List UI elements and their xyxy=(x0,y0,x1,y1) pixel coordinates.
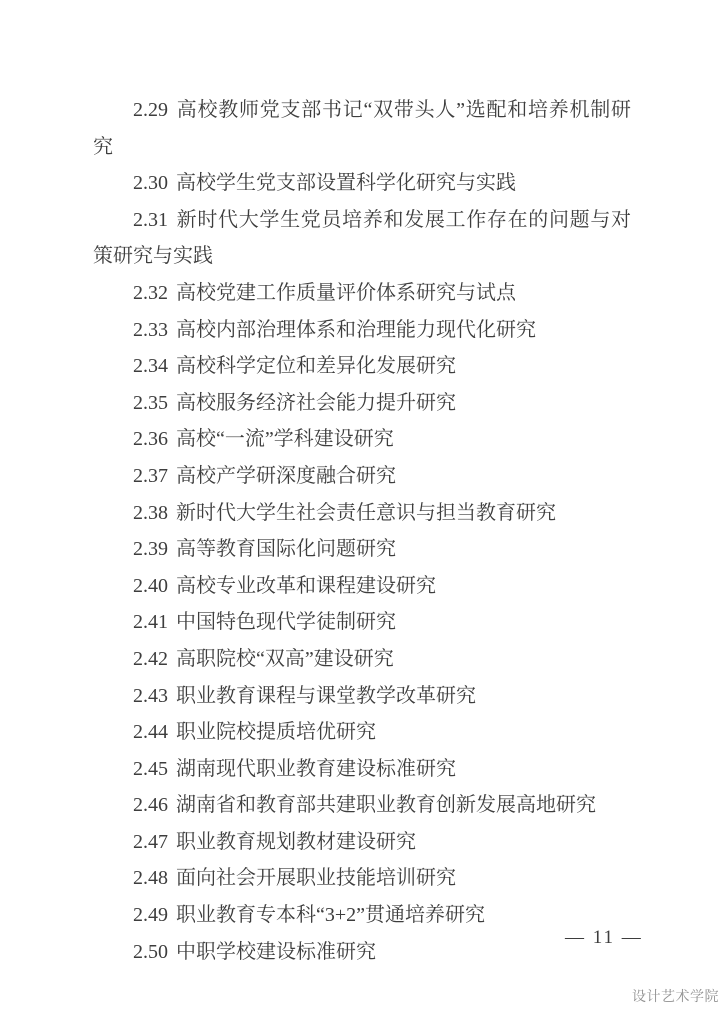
list-item: 2.37高校产学研深度融合研究 xyxy=(93,458,631,495)
item-number: 2.42 xyxy=(133,648,168,670)
item-text: 高校“一流”学科建设研究 xyxy=(176,428,394,450)
list-item: 2.44职业院校提质培优研究 xyxy=(93,714,631,751)
item-number: 2.36 xyxy=(133,428,168,450)
list-item: 2.41中国特色现代学徒制研究 xyxy=(93,604,631,641)
list-item: 2.45湖南现代职业教育建设标准研究 xyxy=(93,751,631,788)
item-number: 2.38 xyxy=(133,502,168,524)
list-item: 2.43职业教育课程与课堂教学改革研究 xyxy=(93,678,631,715)
list-item: 2.34高校科学定位和差异化发展研究 xyxy=(93,348,631,385)
item-text: 职业教育规划教材建设研究 xyxy=(176,831,416,853)
item-text: 高校服务经济社会能力提升研究 xyxy=(176,392,456,414)
item-number: 2.48 xyxy=(133,867,168,889)
watermark: 设计艺术学院 xyxy=(632,986,719,1006)
item-text: 面向社会开展职业技能培训研究 xyxy=(176,867,456,889)
item-number: 2.47 xyxy=(133,831,168,853)
item-number: 2.43 xyxy=(133,685,168,707)
list-item: 2.47职业教育规划教材建设研究 xyxy=(93,824,631,861)
item-number: 2.40 xyxy=(133,575,168,597)
item-text: 职业教育课程与课堂教学改革研究 xyxy=(176,685,476,707)
list-item: 2.38新时代大学生社会责任意识与担当教育研究 xyxy=(93,495,631,532)
list-item: 2.33高校内部治理体系和治理能力现代化研究 xyxy=(93,312,631,349)
list-item: 2.32高校党建工作质量评价体系研究与试点 xyxy=(93,275,631,312)
item-number: 2.46 xyxy=(133,794,168,816)
item-text: 高校党建工作质量评价体系研究与试点 xyxy=(176,282,516,304)
item-text: 湖南现代职业教育建设标准研究 xyxy=(176,758,456,780)
list-item: 2.39高等教育国际化问题研究 xyxy=(93,531,631,568)
list-item: 2.29高校教师党支部书记“双带头人”选配和培养机制研究 xyxy=(93,92,631,165)
item-text: 高校产学研深度融合研究 xyxy=(176,465,396,487)
item-number: 2.34 xyxy=(133,355,168,377)
item-number: 2.50 xyxy=(133,941,168,963)
item-text: 中职学校建设标准研究 xyxy=(176,941,376,963)
list-item: 2.40高校专业改革和课程建设研究 xyxy=(93,568,631,605)
item-text: 高校专业改革和课程建设研究 xyxy=(176,575,436,597)
item-number: 2.35 xyxy=(133,392,168,414)
item-number: 2.33 xyxy=(133,319,168,341)
item-number: 2.44 xyxy=(133,721,168,743)
item-text: 高校教师党支部书记“双带头人”选配和培养机制研究 xyxy=(93,99,631,158)
page-number: — 11 — xyxy=(565,927,643,949)
list-item: 2.42高职院校“双高”建设研究 xyxy=(93,641,631,678)
item-number: 2.29 xyxy=(133,99,168,121)
item-text: 高职院校“双高”建设研究 xyxy=(176,648,394,670)
item-number: 2.32 xyxy=(133,282,168,304)
list-item: 2.31新时代大学生党员培养和发展工作存在的问题与对策研究与实践 xyxy=(93,202,631,275)
item-text: 高等教育国际化问题研究 xyxy=(176,538,396,560)
list-item: 2.48面向社会开展职业技能培训研究 xyxy=(93,860,631,897)
item-number: 2.30 xyxy=(133,172,168,194)
item-number: 2.45 xyxy=(133,758,168,780)
item-number: 2.41 xyxy=(133,611,168,633)
item-text: 湖南省和教育部共建职业教育创新发展高地研究 xyxy=(176,794,596,816)
item-text: 高校学生党支部设置科学化研究与实践 xyxy=(176,172,516,194)
item-number: 2.49 xyxy=(133,904,168,926)
list-item: 2.50中职学校建设标准研究 xyxy=(93,934,631,971)
item-text: 新时代大学生党员培养和发展工作存在的问题与对策研究与实践 xyxy=(93,209,631,268)
item-text: 高校科学定位和差异化发展研究 xyxy=(176,355,456,377)
item-text: 新时代大学生社会责任意识与担当教育研究 xyxy=(176,502,556,524)
item-text: 职业院校提质培优研究 xyxy=(176,721,376,743)
item-text: 职业教育专本科“3+2”贯通培养研究 xyxy=(176,904,485,926)
list-item: 2.36高校“一流”学科建设研究 xyxy=(93,421,631,458)
list-item: 2.30高校学生党支部设置科学化研究与实践 xyxy=(93,165,631,202)
item-number: 2.39 xyxy=(133,538,168,560)
list-item: 2.35高校服务经济社会能力提升研究 xyxy=(93,385,631,422)
list-item: 2.49职业教育专本科“3+2”贯通培养研究 xyxy=(93,897,631,934)
item-text: 中国特色现代学徒制研究 xyxy=(176,611,396,633)
item-number: 2.31 xyxy=(133,209,168,231)
item-text: 高校内部治理体系和治理能力现代化研究 xyxy=(176,319,536,341)
list-item: 2.46湖南省和教育部共建职业教育创新发展高地研究 xyxy=(93,787,631,824)
topic-list: 2.29高校教师党支部书记“双带头人”选配和培养机制研究 2.30高校学生党支部… xyxy=(93,92,631,970)
item-number: 2.37 xyxy=(133,465,168,487)
